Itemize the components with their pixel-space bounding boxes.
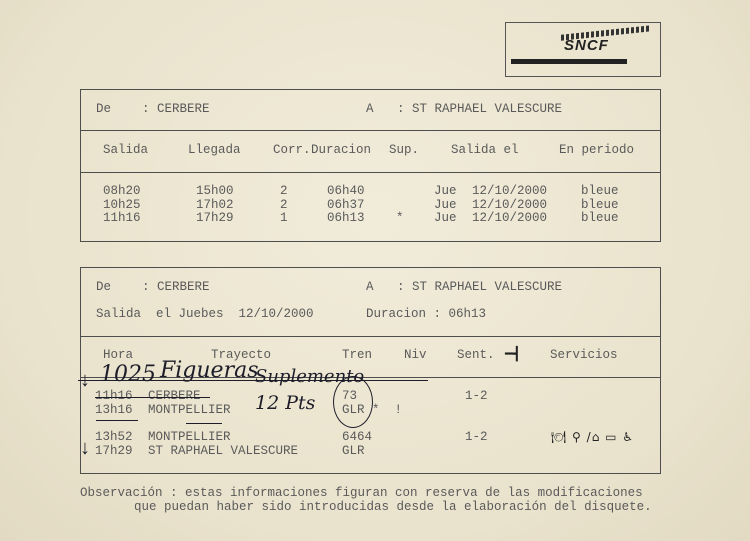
row-sup: * [396,212,404,226]
leg-trayecto: ST RAPHAEL VALESCURE [148,445,298,459]
col-llegada: Llegada [188,144,241,158]
observation-line-2: que puedan haber sido introducidas desde… [134,501,652,515]
row-periodo: bleue [581,185,619,199]
detail-from-label: De [96,281,111,295]
col-niv: Niv [404,349,427,363]
scanned-document: SNCF De : CERBERE A : ST RAPHAEL VALESCU… [0,0,750,541]
handwritten-strike-cerbere [95,397,210,398]
leg-hora: 13h16 [95,404,133,418]
leg-hora: 17h29 [95,445,133,459]
handwritten-note-price: 12 Pts [255,392,315,414]
bed-icon: ━┫ [505,347,521,362]
leg-trayecto: MONTPELLIER [148,431,231,445]
col-salida-el: Salida el [451,144,519,158]
row-fecha: 12/10/2000 [472,185,547,199]
departure-line: Salida el Juebes 12/10/2000 [96,308,314,322]
row-salida: 08h20 [103,185,141,199]
from-label: De [96,103,111,117]
to-value: : ST RAPHAEL VALESCURE [397,103,562,117]
leg-sent: 1-2 [465,431,488,445]
row-llegada: 17h29 [196,212,234,226]
col-duracion: Duracion [311,144,371,158]
logo-text: SNCF [564,37,609,54]
col-periodo: En periodo [559,144,634,158]
handwritten-circle-train [333,376,373,428]
leg-marks: * ! [372,404,402,418]
handwritten-arrow-down: ↓ [79,438,91,461]
col-servicios: Servicios [550,349,618,363]
row-dia: Jue [434,212,457,226]
row-llegada: 15h00 [196,185,234,199]
leg-sent: 1-2 [465,390,488,404]
duration-line: Duracion : 06h13 [366,308,486,322]
row-corr: 2 [280,185,288,199]
logo-bar [511,59,627,64]
row-periodo: bleue [581,212,619,226]
col-sup: Sup. [389,144,419,158]
col-corr: Corr. [273,144,311,158]
row-salida: 11h16 [103,212,141,226]
col-sent: Sent. [457,349,495,363]
detail-to-label: A [366,281,374,295]
sncf-logo: SNCF [505,22,661,77]
leg-tren: 6464 [342,431,372,445]
row-dia: Jue [434,185,457,199]
leg-hora: 13h52 [95,431,133,445]
from-value: : CERBERE [142,103,210,117]
row-duracion: 06h13 [327,212,365,226]
handwritten-underline [186,423,222,424]
services-icons: 🍽 ⚲ /⌂ ▭ ♿ [551,430,634,444]
handwritten-time: 1025 [100,362,156,387]
detail-from-value: : CERBERE [142,281,210,295]
handwritten-underline [96,420,138,421]
detail-to-value: : ST RAPHAEL VALESCURE [397,281,562,295]
observation-line-1: Observación : estas informaciones figura… [80,487,643,501]
col-tren: Tren [342,349,372,363]
divider [80,130,660,131]
divider [80,172,660,173]
leg-trayecto: MONTPELLIER [148,404,231,418]
row-duracion: 06h40 [327,185,365,199]
col-hora: Hora [103,349,133,363]
row-fecha: 12/10/2000 [472,212,547,226]
leg-tipo: GLR [342,445,365,459]
handwritten-arrow-down: ↓ [79,370,91,393]
handwritten-strike-line [78,380,428,381]
divider [80,336,660,337]
to-label: A [366,103,374,117]
row-corr: 1 [280,212,288,226]
col-salida: Salida [103,144,148,158]
